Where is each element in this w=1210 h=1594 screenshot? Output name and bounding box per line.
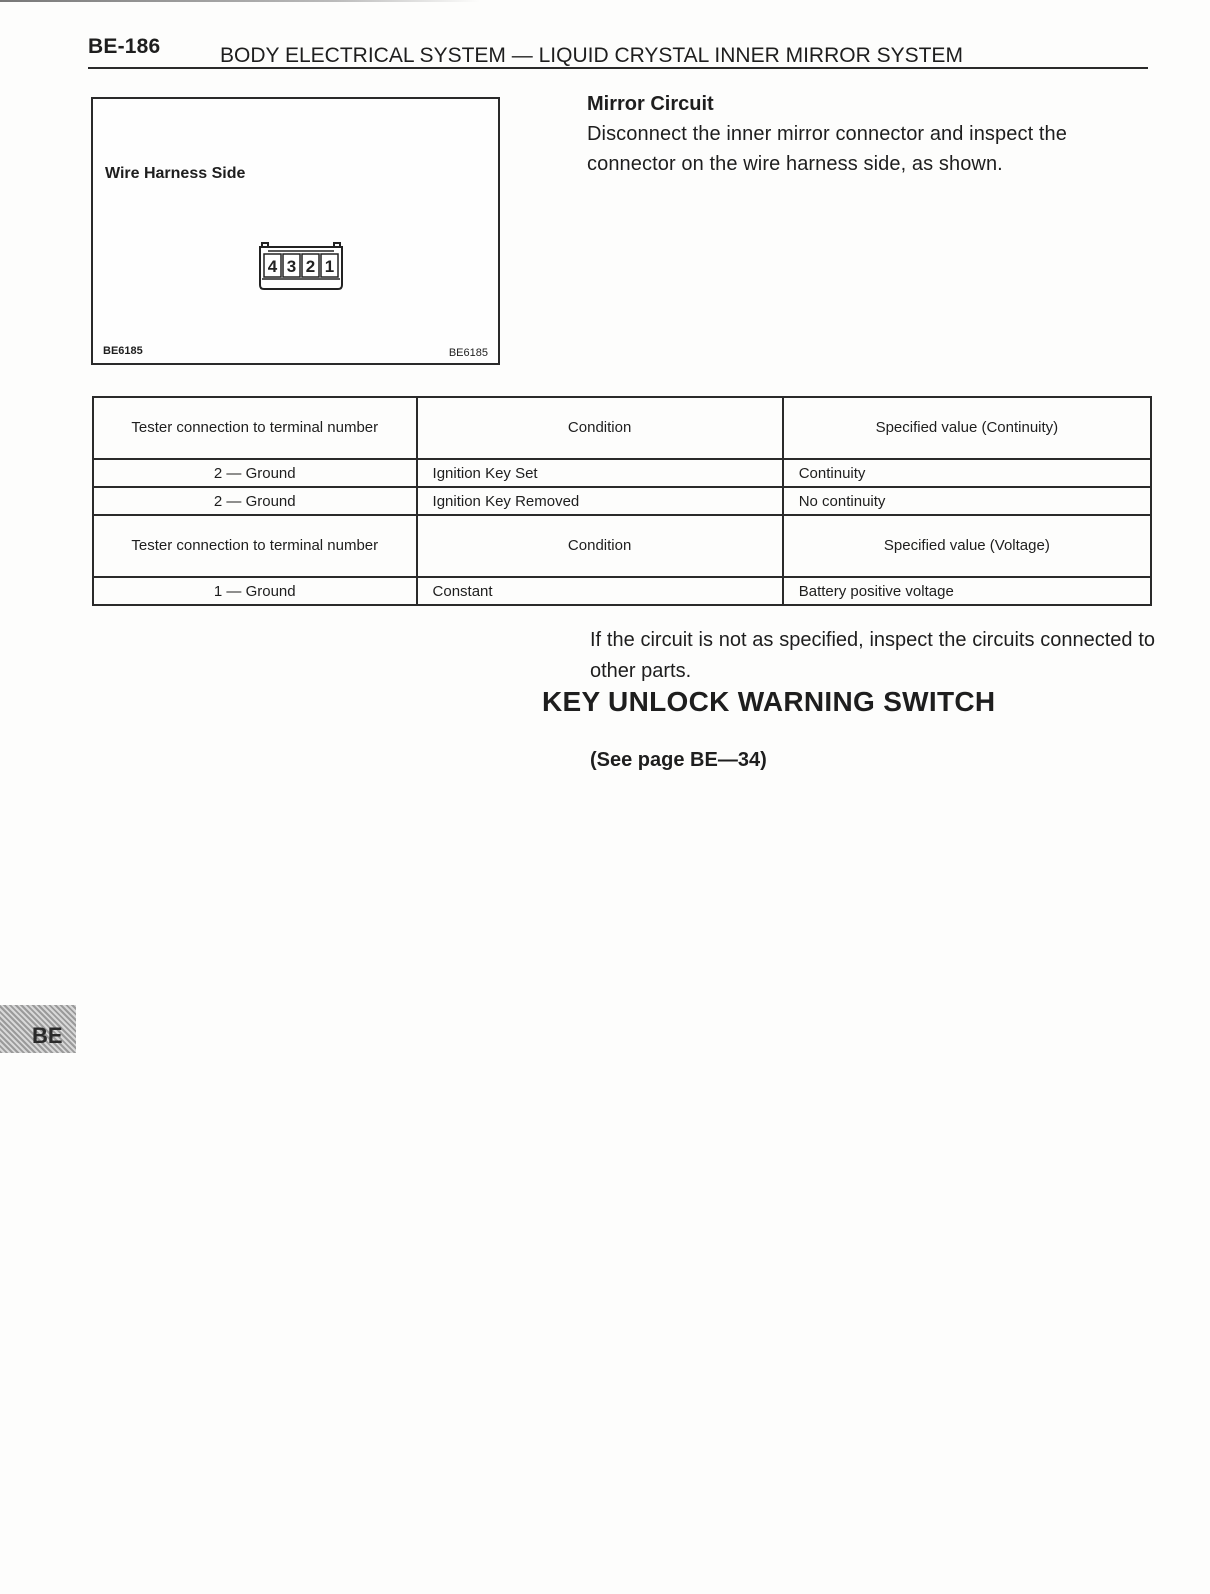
mirror-circuit-instructions: Disconnect the inner mirror connector an…	[587, 119, 1157, 179]
page-header-title: BODY ELECTRICAL SYSTEM — LIQUID CRYSTAL …	[220, 44, 963, 68]
terminal-number: 2	[306, 257, 315, 276]
terminal-number: 1	[325, 257, 334, 276]
table-cell: Ignition Key Set	[417, 459, 783, 487]
section-tab-label: BE	[32, 1023, 63, 1049]
connector-figure: Wire Harness Side 4321 BE6185 BE6185	[91, 97, 500, 365]
figure-code-right: BE6185	[449, 347, 488, 359]
key-unlock-heading: KEY UNLOCK WARNING SWITCH	[542, 686, 995, 718]
page-number: BE-186	[88, 35, 160, 59]
header-separator: —	[506, 44, 539, 67]
table-row: 1 — GroundConstantBattery positive volta…	[93, 577, 1151, 605]
table-header-row: Tester connection to terminal numberCond…	[93, 515, 1151, 577]
mirror-circuit-heading: Mirror Circuit	[587, 93, 714, 116]
page-reference: (See page BE—34)	[590, 749, 767, 772]
table-header-row: Tester connection to terminal numberCond…	[93, 397, 1151, 459]
table-cell: No continuity	[783, 487, 1151, 515]
column-header: Specified value (Continuity)	[783, 397, 1151, 459]
table-cell: 2 — Ground	[93, 487, 417, 515]
column-header: Condition	[417, 515, 783, 577]
connector-icon: 4321	[258, 239, 344, 291]
scan-edge	[0, 0, 480, 2]
section-tab: BE	[0, 1005, 76, 1053]
table-row: 2 — GroundIgnition Key RemovedNo continu…	[93, 487, 1151, 515]
header-rule	[88, 67, 1148, 69]
figure-code-left: BE6185	[103, 345, 143, 357]
column-header: Tester connection to terminal number	[93, 515, 417, 577]
header-subsystem: LIQUID CRYSTAL INNER MIRROR SYSTEM	[539, 44, 963, 67]
table-cell: 1 — Ground	[93, 577, 417, 605]
column-header: Specified value (Voltage)	[783, 515, 1151, 577]
table-cell: 2 — Ground	[93, 459, 417, 487]
header-system: BODY ELECTRICAL SYSTEM	[220, 44, 506, 67]
table-cell: Battery positive voltage	[783, 577, 1151, 605]
terminal-number: 3	[287, 257, 296, 276]
terminal-number: 4	[268, 257, 278, 276]
table-cell: Constant	[417, 577, 783, 605]
inspection-note: If the circuit is not as specified, insp…	[590, 625, 1155, 687]
table-cell: Ignition Key Removed	[417, 487, 783, 515]
table-cell: Continuity	[783, 459, 1151, 487]
figure-label: Wire Harness Side	[105, 165, 245, 183]
table-row: 2 — GroundIgnition Key SetContinuity	[93, 459, 1151, 487]
column-header: Condition	[417, 397, 783, 459]
column-header: Tester connection to terminal number	[93, 397, 417, 459]
spec-table: Tester connection to terminal numberCond…	[92, 396, 1152, 606]
